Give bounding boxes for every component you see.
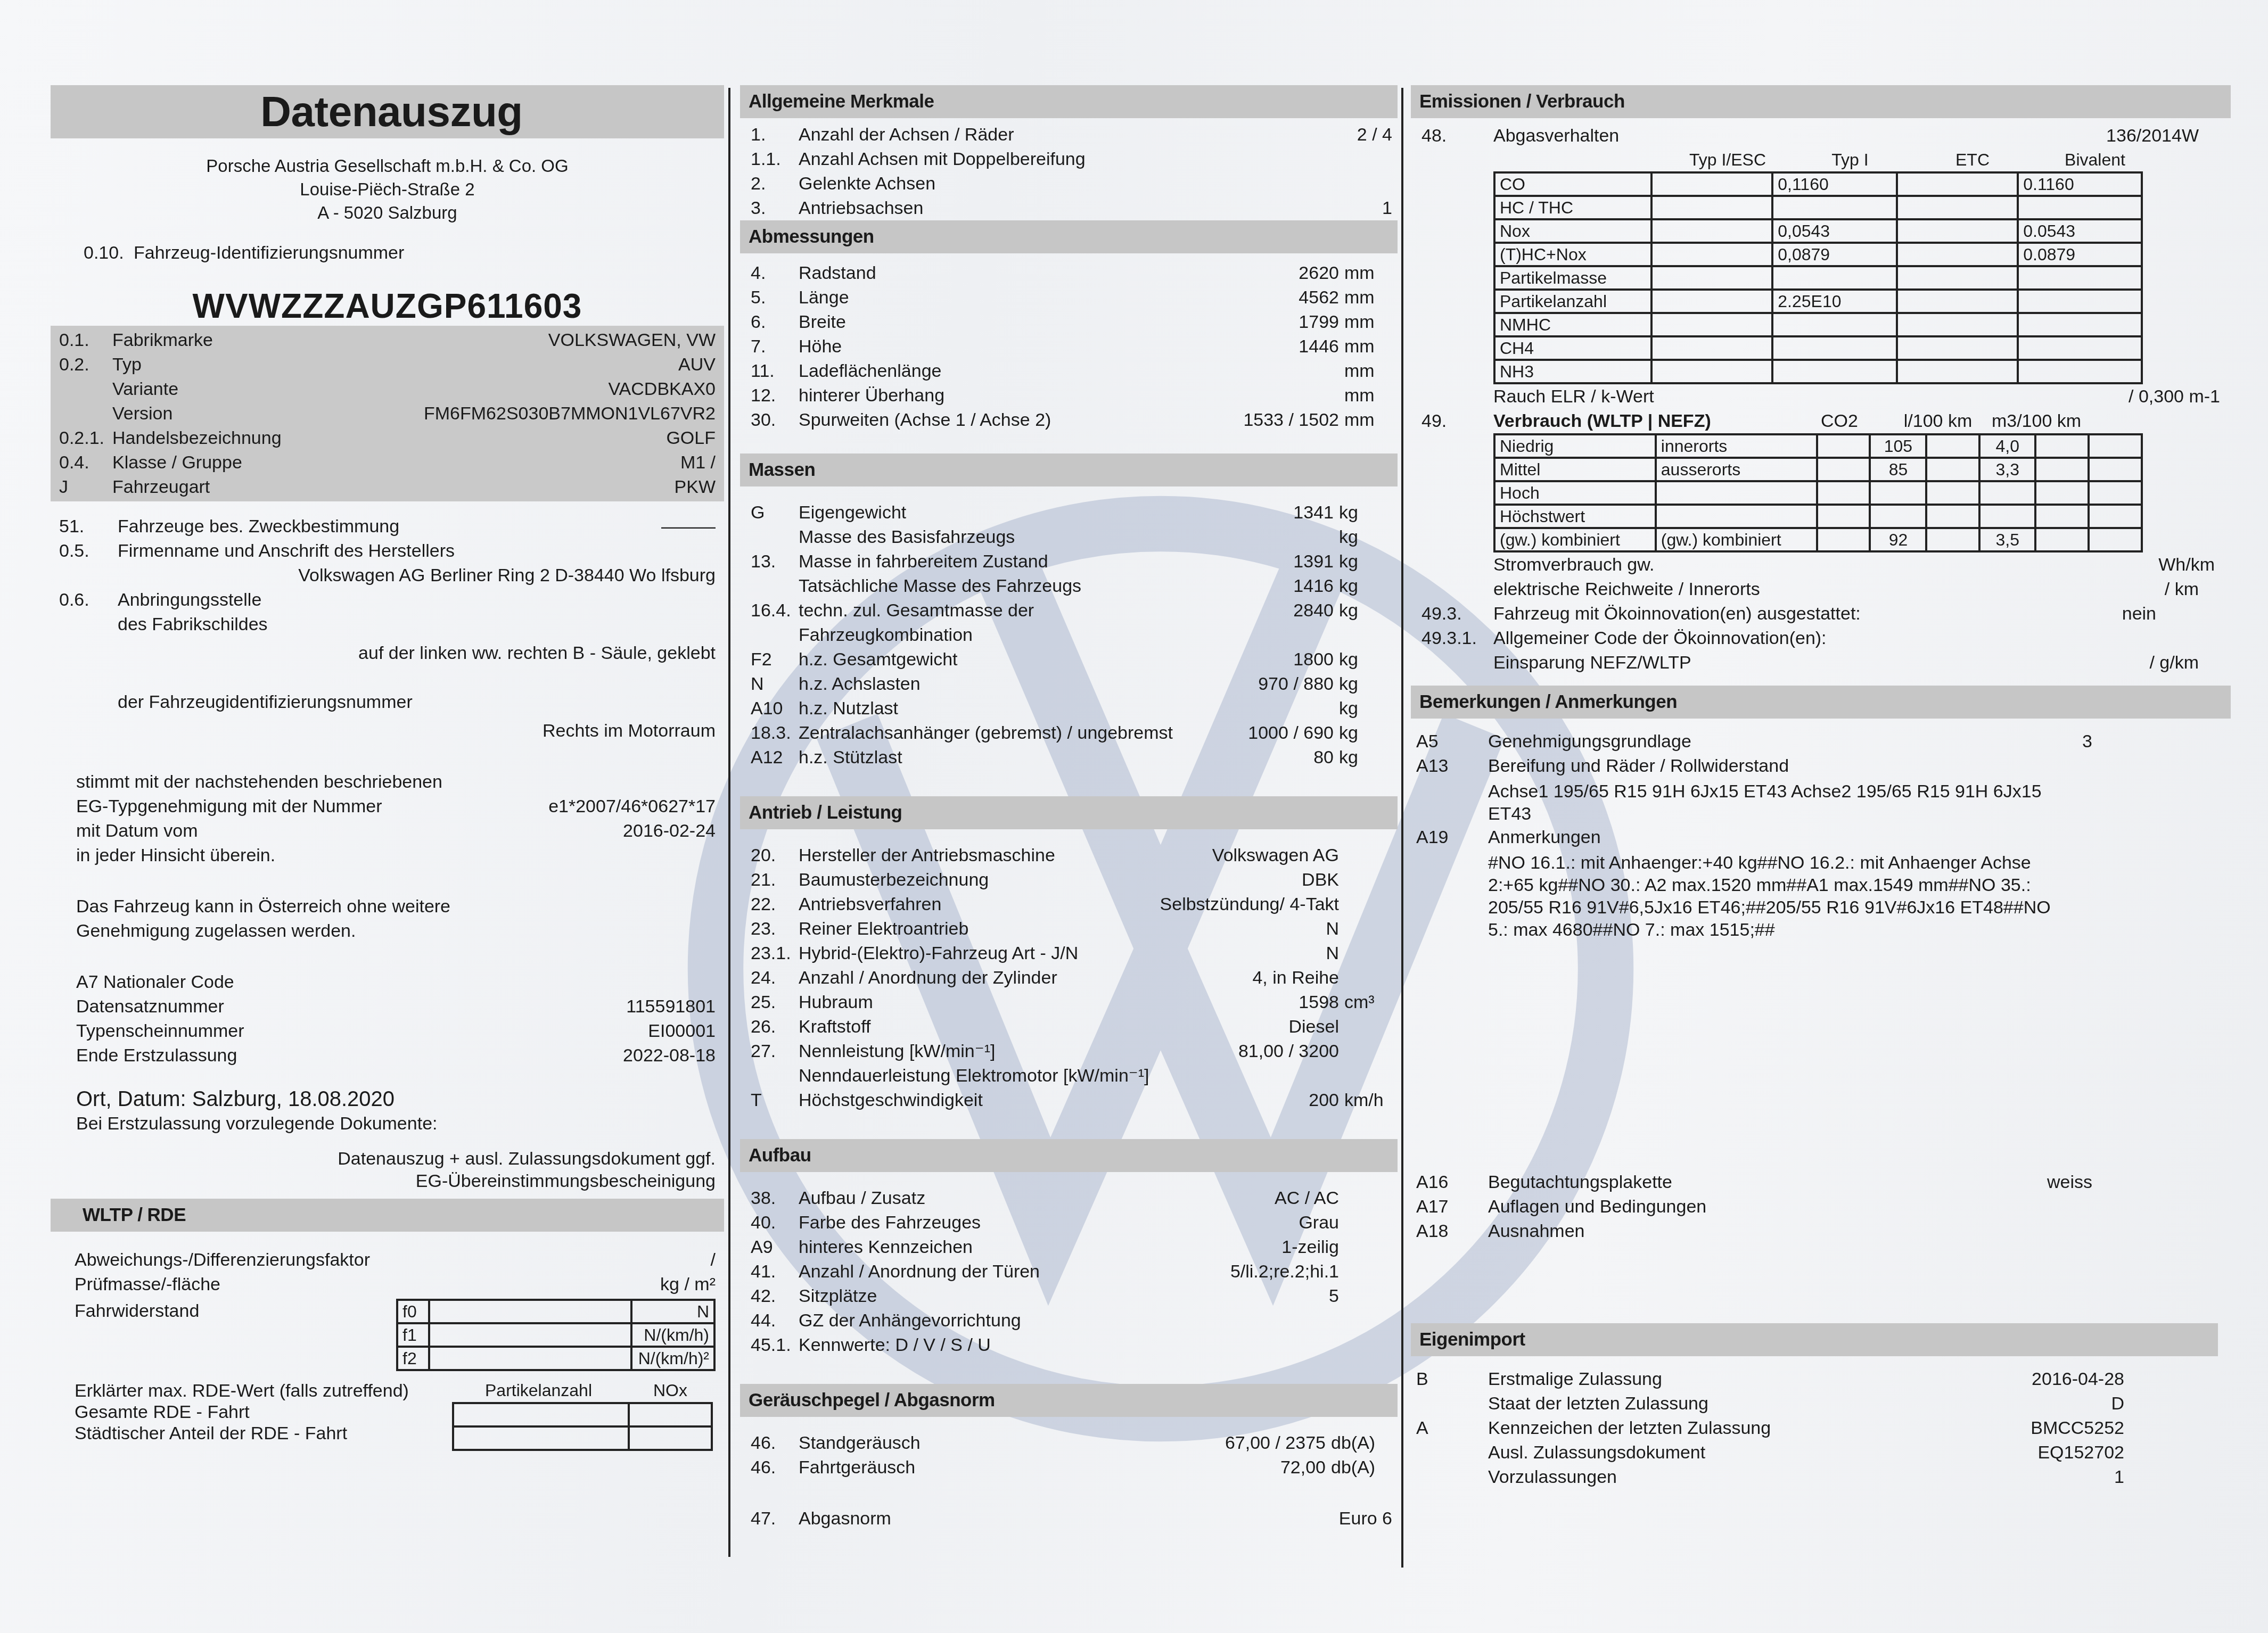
a18-num: A18: [1416, 1219, 1488, 1243]
antrieb-num: 23.1.: [751, 941, 799, 966]
consumption-value: [1926, 528, 1979, 551]
approval-number: e1*2007/46*0627*17: [548, 794, 716, 819]
eigenimport-value: BMCC5252: [2031, 1416, 2124, 1440]
strom-label: Stromverbrauch gw.: [1493, 552, 2158, 577]
einsparung-label: Einsparung NEFZ/WLTP: [1493, 650, 2149, 675]
emissions-value: [2018, 360, 2142, 383]
antrieb-label: Reiner Elektroantrieb: [799, 917, 1326, 941]
massen-unit: kg: [1334, 672, 1376, 696]
aufbau-row: 42.Sitzplätze5: [751, 1284, 1339, 1308]
vehicle-row: VarianteVACDBKAX0: [59, 377, 716, 401]
rde-col-nox: NOx: [625, 1379, 716, 1402]
emissions-table: CO0,11600.1160HC / THCNox0,05430.0543(T)…: [1493, 171, 2143, 384]
consumption-row: Mittelausserorts853,3: [1494, 458, 2142, 481]
wltp-section-header: WLTP / RDE: [51, 1199, 724, 1232]
reichweite-value: / km: [2165, 577, 2199, 601]
massen-label: Masse in fahrbereitem Zustand: [799, 549, 1293, 574]
vehicle-num: 0.1.: [59, 328, 112, 352]
vehicle-value: M1 /: [680, 450, 716, 475]
geraeusch-unit: db(A): [1326, 1431, 1392, 1455]
r51-value: ———: [661, 514, 716, 539]
massen-label: Zentralachsanhänger (gebremst) / ungebre…: [799, 721, 1248, 745]
allgemein-row: 2.Gelenkte Achsen: [751, 171, 1392, 196]
emissions-value: [1651, 290, 1772, 313]
massen-row: 18.3.Zentralachsanhänger (gebremst) / un…: [751, 721, 1376, 745]
emissions-value: 0,1160: [1772, 172, 1897, 196]
einsparung-value: / g/km: [2149, 650, 2199, 675]
consumption-value: [1870, 505, 1926, 528]
emissions-value: [1897, 266, 2018, 290]
antrieb-value: Diesel: [1289, 1015, 1339, 1039]
aufbau-num: 38.: [751, 1186, 799, 1210]
eigenimport-row: Ausl. ZulassungsdokumentEQ152702: [1416, 1440, 2124, 1465]
abmessungen-value: 1446: [1299, 334, 1339, 359]
antrieb-row: 26.KraftstoffDiesel: [751, 1015, 1382, 1039]
left-column: Datenauszug Porsche Austria Gesellschaft…: [51, 85, 724, 1451]
consumption-row: (gw.) kombiniert(gw.) kombiniert923,5: [1494, 528, 2142, 551]
massen-value: 2840: [1293, 598, 1334, 623]
massen-num: 18.3.: [751, 721, 799, 745]
rauch-value: / 0,300 m-1: [2129, 384, 2220, 409]
middle-column: Allgemeine Merkmale 1.Anzahl der Achsen …: [740, 85, 1398, 1531]
consumption-value: 85: [1870, 458, 1926, 481]
aufbau-num: 45.1.: [751, 1333, 799, 1357]
rde-col-pn: Partikelanzahl: [452, 1379, 625, 1402]
approval-line1: stimmt mit der nachstehenden beschrieben…: [76, 770, 716, 794]
a16-num: A16: [1416, 1170, 1488, 1194]
massen-value: 80: [1313, 745, 1334, 770]
fahrw-row: f1N/(km/h): [397, 1323, 714, 1347]
approval-line4: in jeder Hinsicht überein.: [76, 843, 716, 868]
vehicle-label: Fahrzeugart: [112, 475, 675, 499]
vehicle-value: AUV: [678, 352, 716, 377]
antrieb-unit: cm³: [1339, 990, 1382, 1015]
geraeusch-row: 46.Standgeräusch67,00 / 2375db(A): [751, 1431, 1392, 1455]
allgemein-num: 1.1.: [751, 147, 799, 171]
massen-value: 1391: [1293, 549, 1334, 574]
antrieb-row: 23.Reiner ElektroantriebN: [751, 917, 1382, 941]
docs-value-2: EG-Übereinstimmungsbescheinigung: [416, 1169, 716, 1193]
consumption-value: [2035, 528, 2089, 551]
consumption-value: [1979, 505, 2035, 528]
fahrw-key: f0: [397, 1300, 429, 1323]
eigenimport-value: 2016-04-28: [2032, 1367, 2124, 1391]
emissionen-block: 48.Abgasverhalten136/2014W Typ I/ESCTyp …: [1411, 118, 2231, 675]
consumption-table: Niedriginnerorts1054,0Mittelausserorts85…: [1493, 433, 2143, 552]
fahrw-unit: N/(km/h)²: [631, 1347, 714, 1370]
antrieb-value: 81,00 / 3200: [1238, 1039, 1339, 1063]
issuer-street: Louise-Piëch-Straße 2: [51, 178, 724, 201]
consumption-value: [1817, 458, 1870, 481]
geraeusch-unit: db(A): [1326, 1455, 1392, 1480]
antrieb-label: Antriebsverfahren: [799, 892, 1160, 917]
emissions-pollutant: Partikelanzahl: [1494, 290, 1651, 313]
manufacturer-address: Volkswagen AG Berliner Ring 2 D-38440 Wo…: [298, 563, 716, 588]
issuer-address: Porsche Austria Gesellschaft m.b.H. & Co…: [51, 154, 724, 225]
eigenimport-label: Erstmalige Zulassung: [1488, 1367, 2032, 1391]
aufbau-label: hinteres Kennzeichen: [799, 1235, 1281, 1259]
aufbau-value: AC / AC: [1275, 1186, 1339, 1210]
emissions-value: [1897, 172, 2018, 196]
aufbau-num: A9: [751, 1235, 799, 1259]
massen-row: Fahrzeugkombination: [751, 623, 1376, 647]
docs-label: Bei Erstzulassung vorzulegende Dokumente…: [76, 1111, 716, 1136]
abmessungen-value: 4562: [1299, 285, 1339, 310]
massen-rows: GEigengewicht1341kgMasse des Basisfahrze…: [740, 486, 1398, 770]
massen-label: h.z. Stützlast: [799, 745, 1313, 770]
antrieb-label: Nennleistung [kW/min⁻¹]: [799, 1039, 1238, 1063]
consumption-nefz: [1656, 505, 1817, 528]
emissions-row: HC / THC: [1494, 196, 2142, 219]
aufbau-row: 44.GZ der Anhängevorrichtung: [751, 1308, 1339, 1333]
consumption-value: [2089, 458, 2142, 481]
antrieb-label: Höchstgeschwindigkeit: [799, 1088, 1309, 1112]
rde-nox: [629, 1426, 712, 1450]
fahrw-key: f1: [397, 1323, 429, 1347]
vehicle-value: FM6FM62S030B7MMON1VL67VR2: [424, 401, 716, 426]
emissions-value: [1897, 196, 2018, 219]
strom-value: Wh/km: [2158, 552, 2215, 577]
massen-num: A12: [751, 745, 799, 770]
emissions-value: 0.1160: [2018, 172, 2142, 196]
a18-label: Ausnahmen: [1488, 1219, 2199, 1243]
vehicle-label: Fabrikmarke: [112, 328, 548, 352]
massen-label: Eigengewicht: [799, 500, 1293, 525]
fahrw-unit: N: [631, 1300, 714, 1323]
approval-number-label: EG-Typgenehmigung mit der Nummer: [76, 794, 548, 819]
eigenimport-value: D: [2111, 1391, 2124, 1416]
abmessungen-num: 30.: [751, 408, 799, 432]
massen-unit: kg: [1334, 500, 1376, 525]
allgemein-value: 1: [1382, 196, 1392, 220]
vin-label-row: 0.10. Fahrzeug-Identifizierungsnummer: [51, 241, 724, 265]
r48-label: Abgasverhalten: [1493, 123, 2106, 148]
abmessungen-num: 6.: [751, 310, 799, 334]
massen-label: techn. zul. Gesamtmasse der: [799, 598, 1293, 623]
abmessungen-num: 5.: [751, 285, 799, 310]
emissions-row: NMHC: [1494, 313, 2142, 336]
allgemein-num: 1.: [751, 122, 799, 147]
massen-unit: kg: [1334, 549, 1376, 574]
r4931-num: 49.3.1.: [1421, 626, 1493, 650]
emissions-value: [2018, 266, 2142, 290]
codes-block: A7 Nationaler CodeDatensatznummer1155918…: [76, 970, 716, 1068]
massen-num: A10: [751, 696, 799, 721]
antrieb-value: 1598: [1299, 990, 1339, 1015]
vehicle-label: Klasse / Gruppe: [112, 450, 680, 475]
r493-label: Fahrzeug mit Ökoinnovation(en) ausgestat…: [1493, 601, 2122, 626]
emissions-value: 0,0879: [1772, 243, 1897, 266]
eigenimport-rows: BErstmalige Zulassung2016-04-28Staat der…: [1411, 1356, 2231, 1489]
massen-unit: kg: [1334, 647, 1376, 672]
emissions-value: [1772, 360, 1897, 383]
emissions-col-header: Typ I: [1789, 148, 1911, 171]
aufbau-row: 45.1.Kennwerte: D / V / S / U: [751, 1333, 1339, 1357]
aufbau-row: A9hinteres Kennzeichen1-zeilig: [751, 1235, 1339, 1259]
consumption-value: [2089, 505, 2142, 528]
massen-row: F2h.z. Gesamtgewicht1800kg: [751, 647, 1376, 672]
abmessungen-label: Höhe: [799, 334, 1299, 359]
massen-unit: kg: [1334, 745, 1376, 770]
bemerkungen-block: A5Genehmigungsgrundlage3 A13Bereifung un…: [1411, 719, 2231, 1243]
fahrw-value: [429, 1323, 631, 1347]
column-divider-left: [728, 88, 730, 1557]
r05-label: Firmenname und Anschrift des Herstellers: [118, 539, 716, 563]
antrieb-num: 22.: [751, 892, 799, 917]
massen-value: 1341: [1293, 500, 1334, 525]
antrieb-label: Hybrid-(Elektro)-Fahrzeug Art - J/N: [799, 941, 1326, 966]
emissions-row: Nox0,05430.0543: [1494, 219, 2142, 243]
massen-row: A12h.z. Stützlast80kg: [751, 745, 1376, 770]
fahrw-row: f2N/(km/h)²: [397, 1347, 714, 1370]
massen-section-header: Massen: [740, 453, 1398, 486]
abmessungen-num: 4.: [751, 261, 799, 285]
r51-num: 51.: [59, 514, 118, 539]
abmessungen-row: 11.Ladeflächenlängemm: [751, 359, 1382, 383]
massen-num: N: [751, 672, 799, 696]
code-label: Datensatznummer: [76, 994, 626, 1019]
consumption-value: 92: [1870, 528, 1926, 551]
emissions-table-header: Typ I/ESCTyp IETCBivalent: [1421, 148, 2199, 171]
eigenimport-row: Vorzulassungen1: [1416, 1465, 2124, 1489]
r49-col-co2: CO2: [1792, 409, 1887, 433]
emissions-value: 0.0879: [2018, 243, 2142, 266]
r06-label: Anbringungsstelle: [118, 588, 716, 612]
massen-value: 1000 / 690: [1248, 721, 1334, 745]
antrieb-label: Hersteller der Antriebsmaschine: [799, 843, 1212, 868]
massen-row: Masse des Basisfahrzeugskg: [751, 525, 1376, 549]
vin-number: WVWZZZAUZGP611603: [51, 286, 724, 326]
massen-value: 1416: [1293, 574, 1334, 598]
document-title: Datenauszug: [51, 85, 724, 138]
allgemein-value: 2 / 4: [1357, 122, 1392, 147]
abmessungen-label: Radstand: [799, 261, 1299, 285]
vehicle-row: 0.1.FabrikmarkeVOLKSWAGEN, VW: [59, 328, 716, 352]
abmessungen-label: hinterer Überhang: [799, 383, 1339, 408]
abmessungen-unit: mm: [1339, 310, 1382, 334]
consumption-nefz: ausserorts: [1656, 458, 1817, 481]
place-date: Ort, Datum: Salzburg, 18.08.2020: [76, 1087, 716, 1111]
r48-num: 48.: [1421, 123, 1493, 148]
abmessungen-label: Ladeflächenlänge: [799, 359, 1339, 383]
aufbau-value: 5/li.2;re.2;hi.1: [1230, 1259, 1339, 1284]
allgemein-row: 1.Anzahl der Achsen / Räder2 / 4: [751, 122, 1392, 147]
antrieb-num: 24.: [751, 966, 799, 990]
antrieb-num: 21.: [751, 868, 799, 892]
geraeusch-label: Fahrtgeräusch: [799, 1455, 1280, 1480]
vehicle-num: J: [59, 475, 112, 499]
a16-value: weiss: [2047, 1170, 2092, 1194]
allgemein-num: 2.: [751, 171, 799, 196]
emissions-value: [1897, 336, 2018, 360]
r4931-label: Allgemeiner Code der Ökoinnovation(en):: [1493, 626, 2199, 650]
abmessungen-label: Länge: [799, 285, 1299, 310]
abgasnorm-value: Euro 6: [1339, 1506, 1392, 1531]
massen-label: Tatsächliche Masse des Fahrzeugs: [799, 574, 1293, 598]
r49-label: Verbrauch (WLTP | NEFZ): [1493, 409, 1792, 433]
fahrw-row: f0N: [397, 1300, 714, 1323]
abmessungen-unit: mm: [1339, 334, 1382, 359]
consumption-nefz: innerorts: [1656, 434, 1817, 458]
abmessungen-unit: mm: [1339, 285, 1382, 310]
r51-label: Fahrzeuge bes. Zweckbestimmung: [118, 514, 661, 539]
abgasnorm-label: Abgasnorm: [799, 1506, 1339, 1531]
massen-label: h.z. Nutzlast: [799, 696, 1334, 721]
aufbau-section-header: Aufbau: [740, 1139, 1398, 1172]
code-value: EI00001: [648, 1019, 716, 1043]
antrieb-num: T: [751, 1088, 799, 1112]
antrieb-unit: km/h: [1339, 1088, 1382, 1112]
emissions-value: [2018, 290, 2142, 313]
vehicle-num: 0.4.: [59, 450, 112, 475]
consumption-value: [1926, 481, 1979, 505]
code-label: Ende Erstzulassung: [76, 1043, 623, 1068]
aufbau-num: 41.: [751, 1259, 799, 1284]
massen-row: A10h.z. Nutzlastkg: [751, 696, 1376, 721]
consumption-value: 3,5: [1979, 528, 2035, 551]
issuer-name: Porsche Austria Gesellschaft m.b.H. & Co…: [51, 154, 724, 178]
antrieb-label: Kraftstoff: [799, 1015, 1289, 1039]
geraeusch-num: 46.: [751, 1431, 799, 1455]
abmessungen-value: 1799: [1299, 310, 1339, 334]
massen-num: 13.: [751, 549, 799, 574]
austria-note-2: Genehmigung zugelassen werden.: [76, 919, 716, 943]
antrieb-row: 25.Hubraum1598cm³: [751, 990, 1382, 1015]
consumption-value: [1817, 528, 1870, 551]
eigenimport-value: 1: [2114, 1465, 2124, 1489]
consumption-value: 105: [1870, 434, 1926, 458]
massen-num: G: [751, 500, 799, 525]
vehicle-num: 0.2.1.: [59, 426, 112, 450]
antrieb-value: DBK: [1302, 868, 1339, 892]
right-column: Emissionen / Verbrauch 48.Abgasverhalten…: [1411, 85, 2231, 1489]
consumption-value: [2035, 481, 2089, 505]
abmessungen-unit: mm: [1339, 408, 1382, 432]
eigenimport-label: Kennzeichen der letzten Zulassung: [1488, 1416, 2031, 1440]
abw-value: /: [711, 1248, 716, 1272]
consumption-value: [2035, 505, 2089, 528]
antrieb-label: Baumusterbezeichnung: [799, 868, 1302, 892]
consumption-value: [1817, 505, 1870, 528]
massen-label: Fahrzeugkombination: [799, 623, 1334, 647]
consumption-value: [2089, 434, 2142, 458]
a19-label: Anmerkungen: [1488, 825, 2199, 850]
massen-unit: kg: [1334, 721, 1376, 745]
code-label: A7 Nationaler Code: [76, 970, 716, 994]
vehicle-value: GOLF: [666, 426, 716, 450]
rde-nox: [629, 1403, 712, 1426]
aufbau-rows: 38.Aufbau / ZusatzAC / AC40.Farbe des Fa…: [740, 1172, 1398, 1357]
abmessungen-row: 30.Spurweiten (Achse 1 / Achse 2)1533 / …: [751, 408, 1382, 432]
aufbau-value: 5: [1329, 1284, 1339, 1308]
consumption-wltp: (gw.) kombiniert: [1494, 528, 1656, 551]
abmessungen-row: 5.Länge4562mm: [751, 285, 1382, 310]
consumption-wltp: Mittel: [1494, 458, 1656, 481]
issuer-city: A - 5020 Salzburg: [51, 201, 724, 225]
allgemein-label: Anzahl Achsen mit Doppelbereifung: [799, 147, 1392, 171]
a16-label: Begutachtungsplakette: [1488, 1170, 2047, 1194]
geraeusch-value: 72,00: [1280, 1455, 1326, 1480]
allgemein-rows: 1.Anzahl der Achsen / Räder2 / 41.1.Anza…: [740, 118, 1398, 220]
emissions-col-header: Bivalent: [2034, 148, 2156, 171]
consumption-value: [1870, 481, 1926, 505]
eigenimport-section-header: Eigenimport: [1411, 1323, 2218, 1356]
emissions-value: [1651, 266, 1772, 290]
massen-row: GEigengewicht1341kg: [751, 500, 1376, 525]
a13-label: Bereifung und Räder / Rollwiderstand: [1488, 754, 2199, 778]
code-value: 115591801: [626, 994, 716, 1019]
abmessungen-unit: mm: [1339, 383, 1382, 408]
allgemein-label: Gelenkte Achsen: [799, 171, 1392, 196]
eigenimport-value: EQ152702: [2037, 1440, 2124, 1465]
abmessungen-unit: mm: [1339, 261, 1382, 285]
aufbau-value: 1-zeilig: [1281, 1235, 1339, 1259]
a5-label: Genehmigungsgrundlage: [1488, 729, 2082, 754]
rde-table: [452, 1402, 713, 1451]
r493-value: nein: [2122, 601, 2156, 626]
vehicle-label: Handelsbezeichnung: [112, 426, 666, 450]
massen-unit: kg: [1334, 525, 1376, 549]
antrieb-row: 22.AntriebsverfahrenSelbstzündung/ 4-Tak…: [751, 892, 1382, 917]
aufbau-label: Anzahl / Anordnung der Türen: [799, 1259, 1230, 1284]
approval-block: stimmt mit der nachstehenden beschrieben…: [51, 770, 724, 1193]
eigenimport-label: Vorzulassungen: [1488, 1465, 2114, 1489]
consumption-value: [1926, 505, 1979, 528]
fahrw-key: f2: [397, 1347, 429, 1370]
emissions-pollutant: CO: [1494, 172, 1651, 196]
consumption-row: Hoch: [1494, 481, 2142, 505]
emissions-value: 0,0543: [1772, 219, 1897, 243]
abgasnorm-row: 47. Abgasnorm Euro 6: [740, 1506, 1398, 1531]
aufbau-label: Aufbau / Zusatz: [799, 1186, 1275, 1210]
a5-num: A5: [1416, 729, 1488, 754]
abmessungen-row: 6.Breite1799mm: [751, 310, 1382, 334]
code-row: A7 Nationaler Code: [76, 970, 716, 994]
aufbau-label: Farbe des Fahrzeuges: [799, 1210, 1299, 1235]
antrieb-num: 25.: [751, 990, 799, 1015]
manufacturer-block: 51.Fahrzeuge bes. Zweckbestimmung——— 0.5…: [51, 514, 724, 743]
emissions-value: [1897, 360, 2018, 383]
abmessungen-label: Breite: [799, 310, 1299, 334]
allgemein-row: 3.Antriebsachsen1: [751, 196, 1392, 220]
allgemein-num: 3.: [751, 196, 799, 220]
emissions-value: 0.0543: [2018, 219, 2142, 243]
massen-row: Tatsächliche Masse des Fahrzeugs1416kg: [751, 574, 1376, 598]
emissions-row: Partikelmasse: [1494, 266, 2142, 290]
antrieb-label: Nenndauerleistung Elektromotor [kW/min⁻¹…: [799, 1063, 1339, 1088]
vehicle-row: VersionFM6FM62S030B7MMON1VL67VR2: [59, 401, 716, 426]
emissions-row: Partikelanzahl2.25E10: [1494, 290, 2142, 313]
plate-location: auf der linken ww. rechten B - Säule, ge…: [358, 641, 716, 665]
rde-row: [453, 1426, 712, 1450]
fahrwiderstand-label: Fahrwiderstand: [75, 1299, 199, 1371]
antrieb-section-header: Antrieb / Leistung: [740, 796, 1398, 829]
antrieb-row: Nenndauerleistung Elektromotor [kW/min⁻¹…: [751, 1063, 1382, 1088]
approval-date: 2016-02-24: [623, 819, 716, 843]
antrieb-value: Selbstzündung/ 4-Takt: [1160, 892, 1339, 917]
emissions-row: CH4: [1494, 336, 2142, 360]
bemerkungen-section-header: Bemerkungen / Anmerkungen: [1411, 686, 2231, 719]
antrieb-row: 20.Hersteller der AntriebsmaschineVolksw…: [751, 843, 1382, 868]
r05-num: 0.5.: [59, 539, 118, 563]
emissions-value: [1772, 313, 1897, 336]
r493-num: 49.3.: [1421, 601, 1493, 626]
antrieb-num: 27.: [751, 1039, 799, 1063]
aufbau-label: Kennwerte: D / V / S / U: [799, 1333, 1339, 1357]
antrieb-row: 27.Nennleistung [kW/min⁻¹]81,00 / 3200: [751, 1039, 1382, 1063]
emissions-pollutant: Partikelmasse: [1494, 266, 1651, 290]
code-label: Typenscheinnummer: [76, 1019, 648, 1043]
